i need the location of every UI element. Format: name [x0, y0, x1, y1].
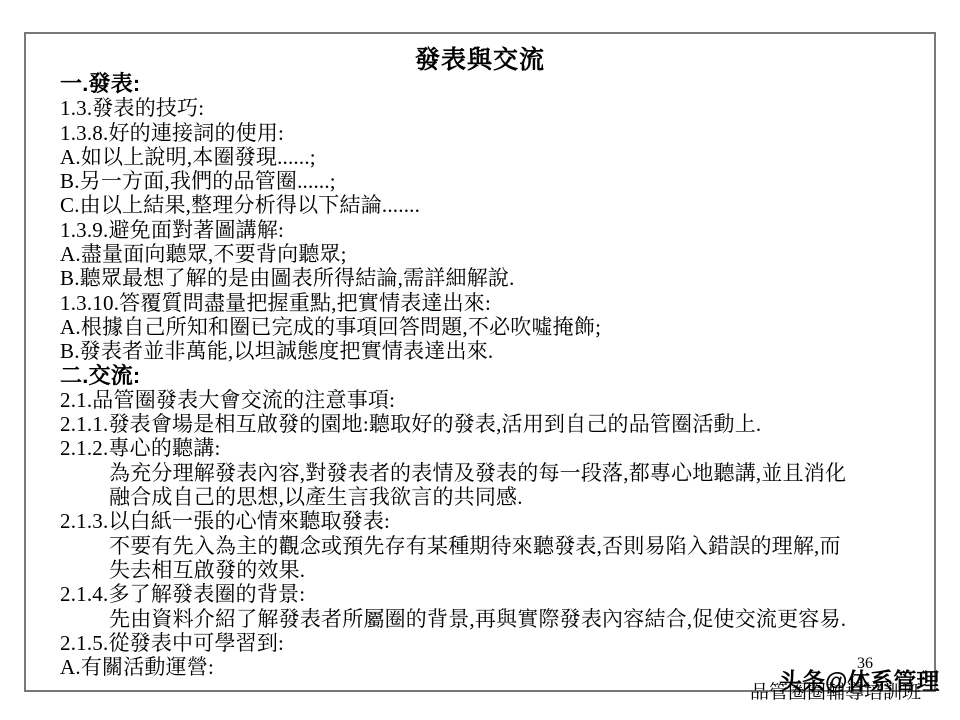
- slide-title: 發表與交流: [26, 40, 934, 76]
- text-line: 1.3.10.答覆質問盡量把握重點,把實情表達出來:: [60, 291, 930, 315]
- text-line: 融合成自己的思想,以產生言我欲言的共同感.: [60, 485, 930, 509]
- text-line: 為充分理解發表內容,對發表者的表情及發表的每一段落,都專心地聽講,並且消化: [60, 461, 930, 485]
- watermark-text: 头条@体系管理: [779, 663, 939, 696]
- text-line: A.盡量面向聽眾,不要背向聽眾;: [60, 242, 930, 266]
- text-line: 不要有先入為主的觀念或預先存有某種期待來聽發表,否則易陷入錯誤的理解,而: [60, 534, 930, 558]
- text-line: 2.1.品管圈發表大會交流的注意事項:: [60, 388, 930, 412]
- text-line: 二.交流:: [60, 364, 930, 388]
- text-line: B.發表者並非萬能,以坦誠態度把實情表達出來.: [60, 339, 930, 363]
- text-line: 1.3.8.好的連接詞的使用:: [60, 121, 930, 145]
- slide-border-frame: 發表與交流 一.發表:1.3.發表的技巧:1.3.8.好的連接詞的使用:A.如以…: [24, 32, 936, 692]
- text-line: 1.3.發表的技巧:: [60, 96, 930, 120]
- text-line: 2.1.1.發表會場是相互啟發的園地:聽取好的發表,活用到自己的品管圈活動上.: [60, 412, 930, 436]
- slide-page: 發表與交流 一.發表:1.3.發表的技巧:1.3.8.好的連接詞的使用:A.如以…: [0, 0, 960, 720]
- text-line: 2.1.2.專心的聽講:: [60, 436, 930, 460]
- text-line: 1.3.9.避免面對著圖講解:: [60, 218, 930, 242]
- text-line: 2.1.4.多了解發表圈的背景:: [60, 582, 930, 606]
- text-line: 先由資料介紹了解發表者所屬圈的背景,再與實際發表內容結合,促使交流更容易.: [60, 607, 930, 631]
- text-line: A.如以上說明,本圈發現......;: [60, 145, 930, 169]
- text-line: B.聽眾最想了解的是由圖表所得結論,需詳細解說.: [60, 266, 930, 290]
- text-line: 2.1.5.從發表中可學習到:: [60, 631, 930, 655]
- text-line: 失去相互啟發的效果.: [60, 558, 930, 582]
- text-line: C.由以上結果,整理分析得以下結論.......: [60, 193, 930, 217]
- text-line: A.根據自己所知和圈已完成的事項回答問題,不必吹噓掩飾;: [60, 315, 930, 339]
- slide-body: 一.發表:1.3.發表的技巧:1.3.8.好的連接詞的使用:A.如以上說明,本圈…: [60, 72, 930, 679]
- text-line: 一.發表:: [60, 72, 930, 96]
- text-line: B.另一方面,我們的品管圈......;: [60, 169, 930, 193]
- text-line: 2.1.3.以白紙一張的心情來聽取發表:: [60, 509, 930, 533]
